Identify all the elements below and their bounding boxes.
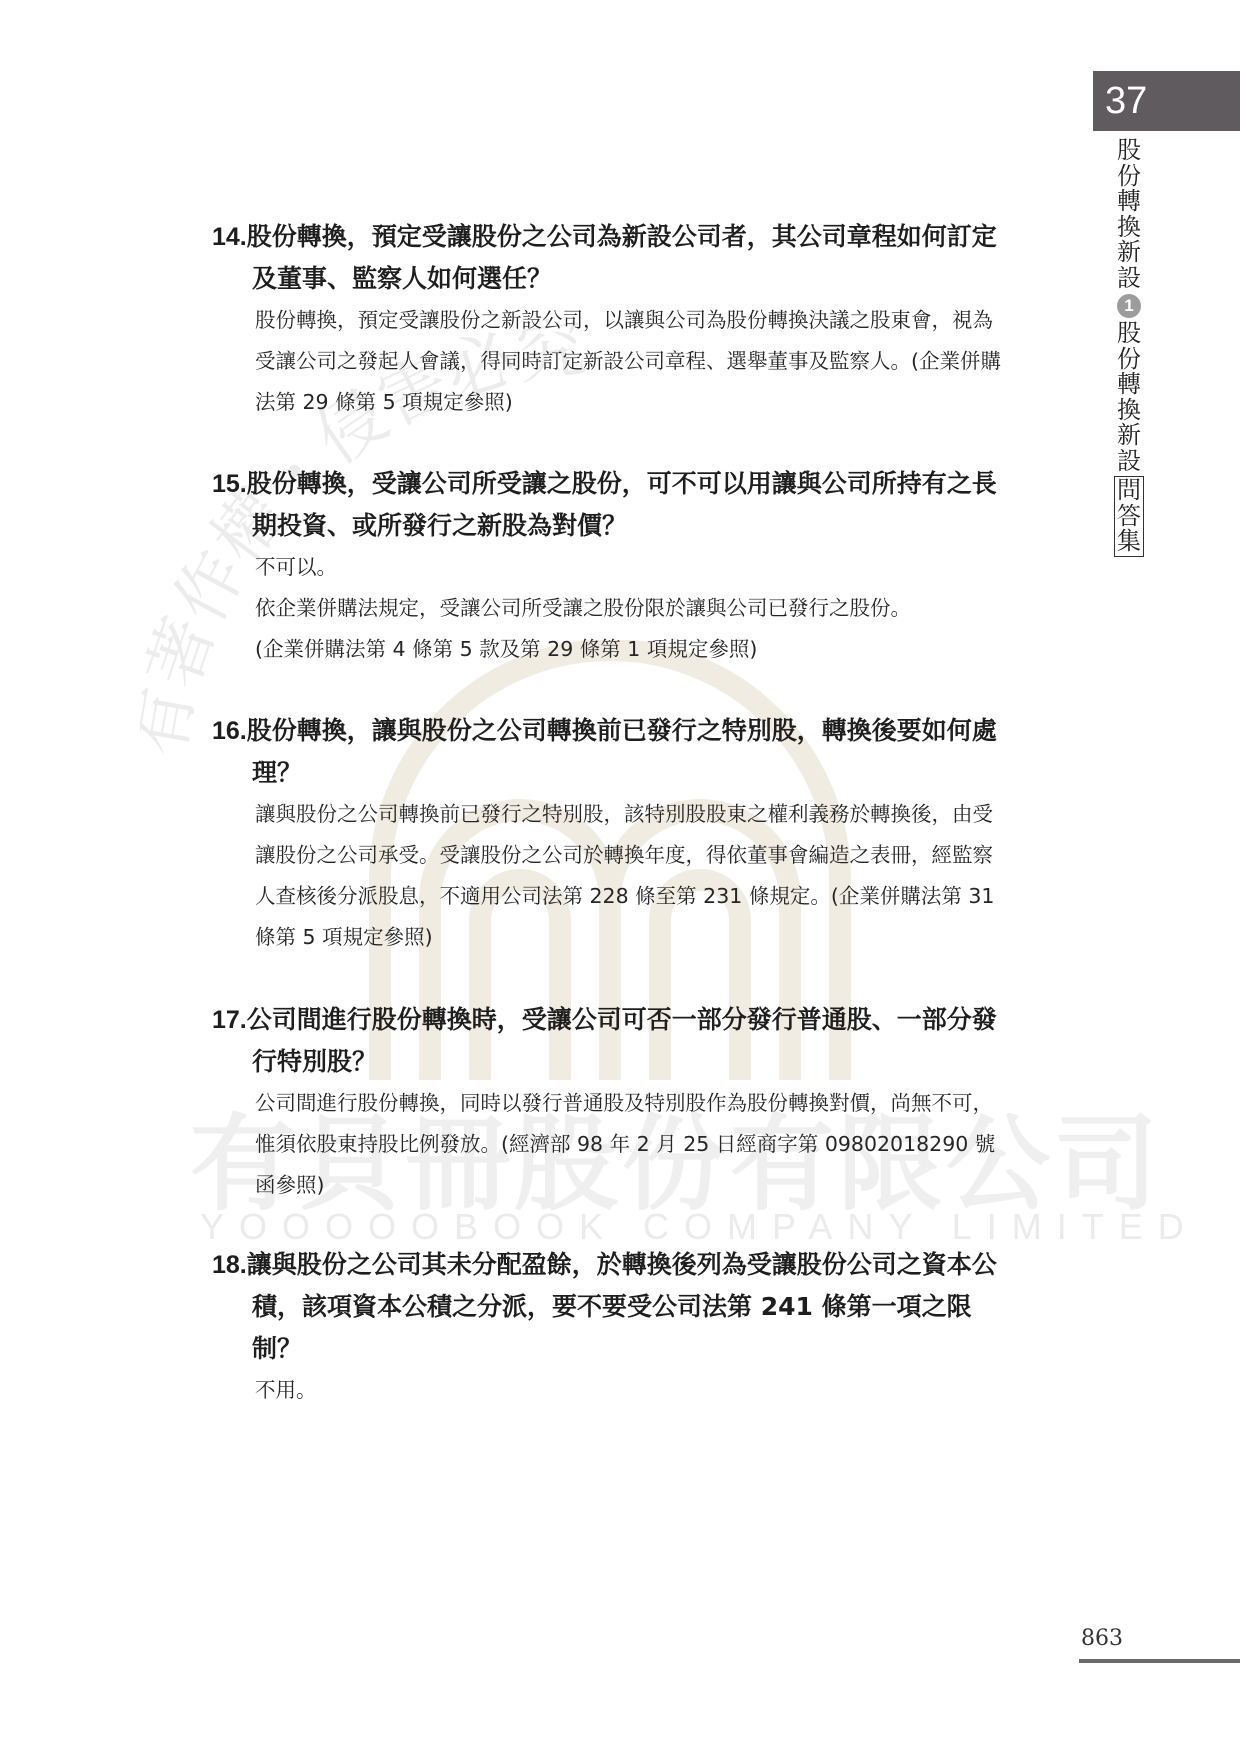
question-number: 14. <box>212 223 247 251</box>
answer-paragraph: 不用。 <box>255 1370 1012 1411</box>
side-char: 新 <box>1117 423 1141 449</box>
qa-item-17: 17.公司間進行股份轉換時，受讓公司可否一部分發行普通股、一部分發行特別股？ 公… <box>212 999 1012 1206</box>
question-text: 股份轉換，預定受讓股份之公司為新設公司者，其公司章程如何訂定及董事、監察人如何選… <box>247 222 997 293</box>
question: 15.股份轉換，受讓公司所受讓之股份，可不可以用讓與公司所持有之長期投資、或所發… <box>212 463 1012 547</box>
side-char: 新 <box>1117 240 1141 266</box>
answer: 讓與股份之公司轉換前已發行之特別股，該特別股股東之權利義務於轉換後，由受讓股份之… <box>212 794 1012 958</box>
chapter-side-title: 股 份 轉 換 新 設 1 股 份 轉 換 新 設 問 答 集 <box>1114 138 1144 557</box>
side-char: 答 <box>1117 504 1141 530</box>
answer-paragraph: (企業併購法第 4 條第 5 款及第 29 條第 1 項規定參照) <box>255 629 1012 670</box>
question-text: 讓與股份之公司其未分配盈餘，於轉換後列為受讓股份公司之資本公積，該項資本公積之分… <box>247 1250 997 1363</box>
question-text: 股份轉換，受讓公司所受讓之股份，可不可以用讓與公司所持有之長期投資、或所發行之新… <box>247 469 997 540</box>
chapter-number-tab: 37 <box>1093 71 1240 131</box>
question-text: 股份轉換，讓與股份之公司轉換前已發行之特別股，轉換後要如何處理？ <box>247 716 997 787</box>
answer: 不用。 <box>212 1370 1012 1411</box>
question: 14.股份轉換，預定受讓股份之公司為新設公司者，其公司章程如何訂定及董事、監察人… <box>212 216 1012 300</box>
qa-item-16: 16.股份轉換，讓與股份之公司轉換前已發行之特別股，轉換後要如何處理？ 讓與股份… <box>212 710 1012 958</box>
side-char: 換 <box>1117 398 1141 424</box>
answer-paragraph: 讓與股份之公司轉換前已發行之特別股，該特別股股東之權利義務於轉換後，由受讓股份之… <box>255 794 1012 958</box>
question-text: 公司間進行股份轉換時，受讓公司可否一部分發行普通股、一部分發行特別股？ <box>247 1005 997 1076</box>
page-number: 863 <box>1081 1626 1123 1651</box>
qa-item-15: 15.股份轉換，受讓公司所受讓之股份，可不可以用讓與公司所持有之長期投資、或所發… <box>212 463 1012 670</box>
side-title-boxed-label: 問 答 集 <box>1114 476 1144 557</box>
question-number: 18. <box>212 1251 247 1279</box>
side-char: 設 <box>1117 266 1141 292</box>
side-char: 集 <box>1117 529 1141 555</box>
question-number: 16. <box>212 717 247 745</box>
side-title-part1: 股 份 轉 換 新 設 <box>1117 138 1141 291</box>
answer-paragraph: 股份轉換，預定受讓股份之新設公司，以讓與公司為股份轉換決議之股東會，視為受讓公司… <box>255 300 1012 423</box>
side-char: 轉 <box>1117 372 1141 398</box>
side-char: 問 <box>1117 478 1141 504</box>
page-number-rule <box>1079 1659 1240 1663</box>
qa-item-14: 14.股份轉換，預定受讓股份之公司為新設公司者，其公司章程如何訂定及董事、監察人… <box>212 216 1012 423</box>
question: 16.股份轉換，讓與股份之公司轉換前已發行之特別股，轉換後要如何處理？ <box>212 710 1012 794</box>
answer: 不可以。 依企業併購法規定，受讓公司所受讓之股份限於讓與公司已發行之股份。 (企… <box>212 547 1012 670</box>
side-title-part2: 股 份 轉 換 新 設 <box>1117 321 1141 474</box>
side-char: 份 <box>1117 347 1141 373</box>
side-char: 份 <box>1117 164 1141 190</box>
qa-item-18: 18.讓與股份之公司其未分配盈餘，於轉換後列為受讓股份公司之資本公積，該項資本公… <box>212 1244 1012 1411</box>
answer: 公司間進行股份轉換，同時以發行普通股及特別股作為股份轉換對價，尚無不可，惟須依股… <box>212 1083 1012 1206</box>
answer-paragraph: 依企業併購法規定，受讓公司所受讓之股份限於讓與公司已發行之股份。 <box>255 588 1012 629</box>
watermark-company-en: YOOOOOBOOK COMPANY LIMITED <box>200 1206 1060 1248</box>
answer: 股份轉換，預定受讓股份之新設公司，以讓與公司為股份轉換決議之股東會，視為受讓公司… <box>212 300 1012 423</box>
answer-paragraph: 不可以。 <box>255 547 1012 588</box>
side-char: 換 <box>1117 215 1141 241</box>
question: 18.讓與股份之公司其未分配盈餘，於轉換後列為受讓股份公司之資本公積，該項資本公… <box>212 1244 1012 1370</box>
side-char: 股 <box>1117 321 1141 347</box>
side-char: 設 <box>1117 449 1141 475</box>
answer-paragraph: 公司間進行股份轉換，同時以發行普通股及特別股作為股份轉換對價，尚無不可，惟須依股… <box>255 1083 1012 1206</box>
question: 17.公司間進行股份轉換時，受讓公司可否一部分發行普通股、一部分發行特別股？ <box>212 999 1012 1083</box>
side-char: 轉 <box>1117 189 1141 215</box>
chapter-number: 37 <box>1105 80 1147 123</box>
section-number-badge: 1 <box>1117 294 1141 318</box>
side-char: 股 <box>1117 138 1141 164</box>
question-number: 15. <box>212 470 247 498</box>
question-number: 17. <box>212 1006 247 1034</box>
